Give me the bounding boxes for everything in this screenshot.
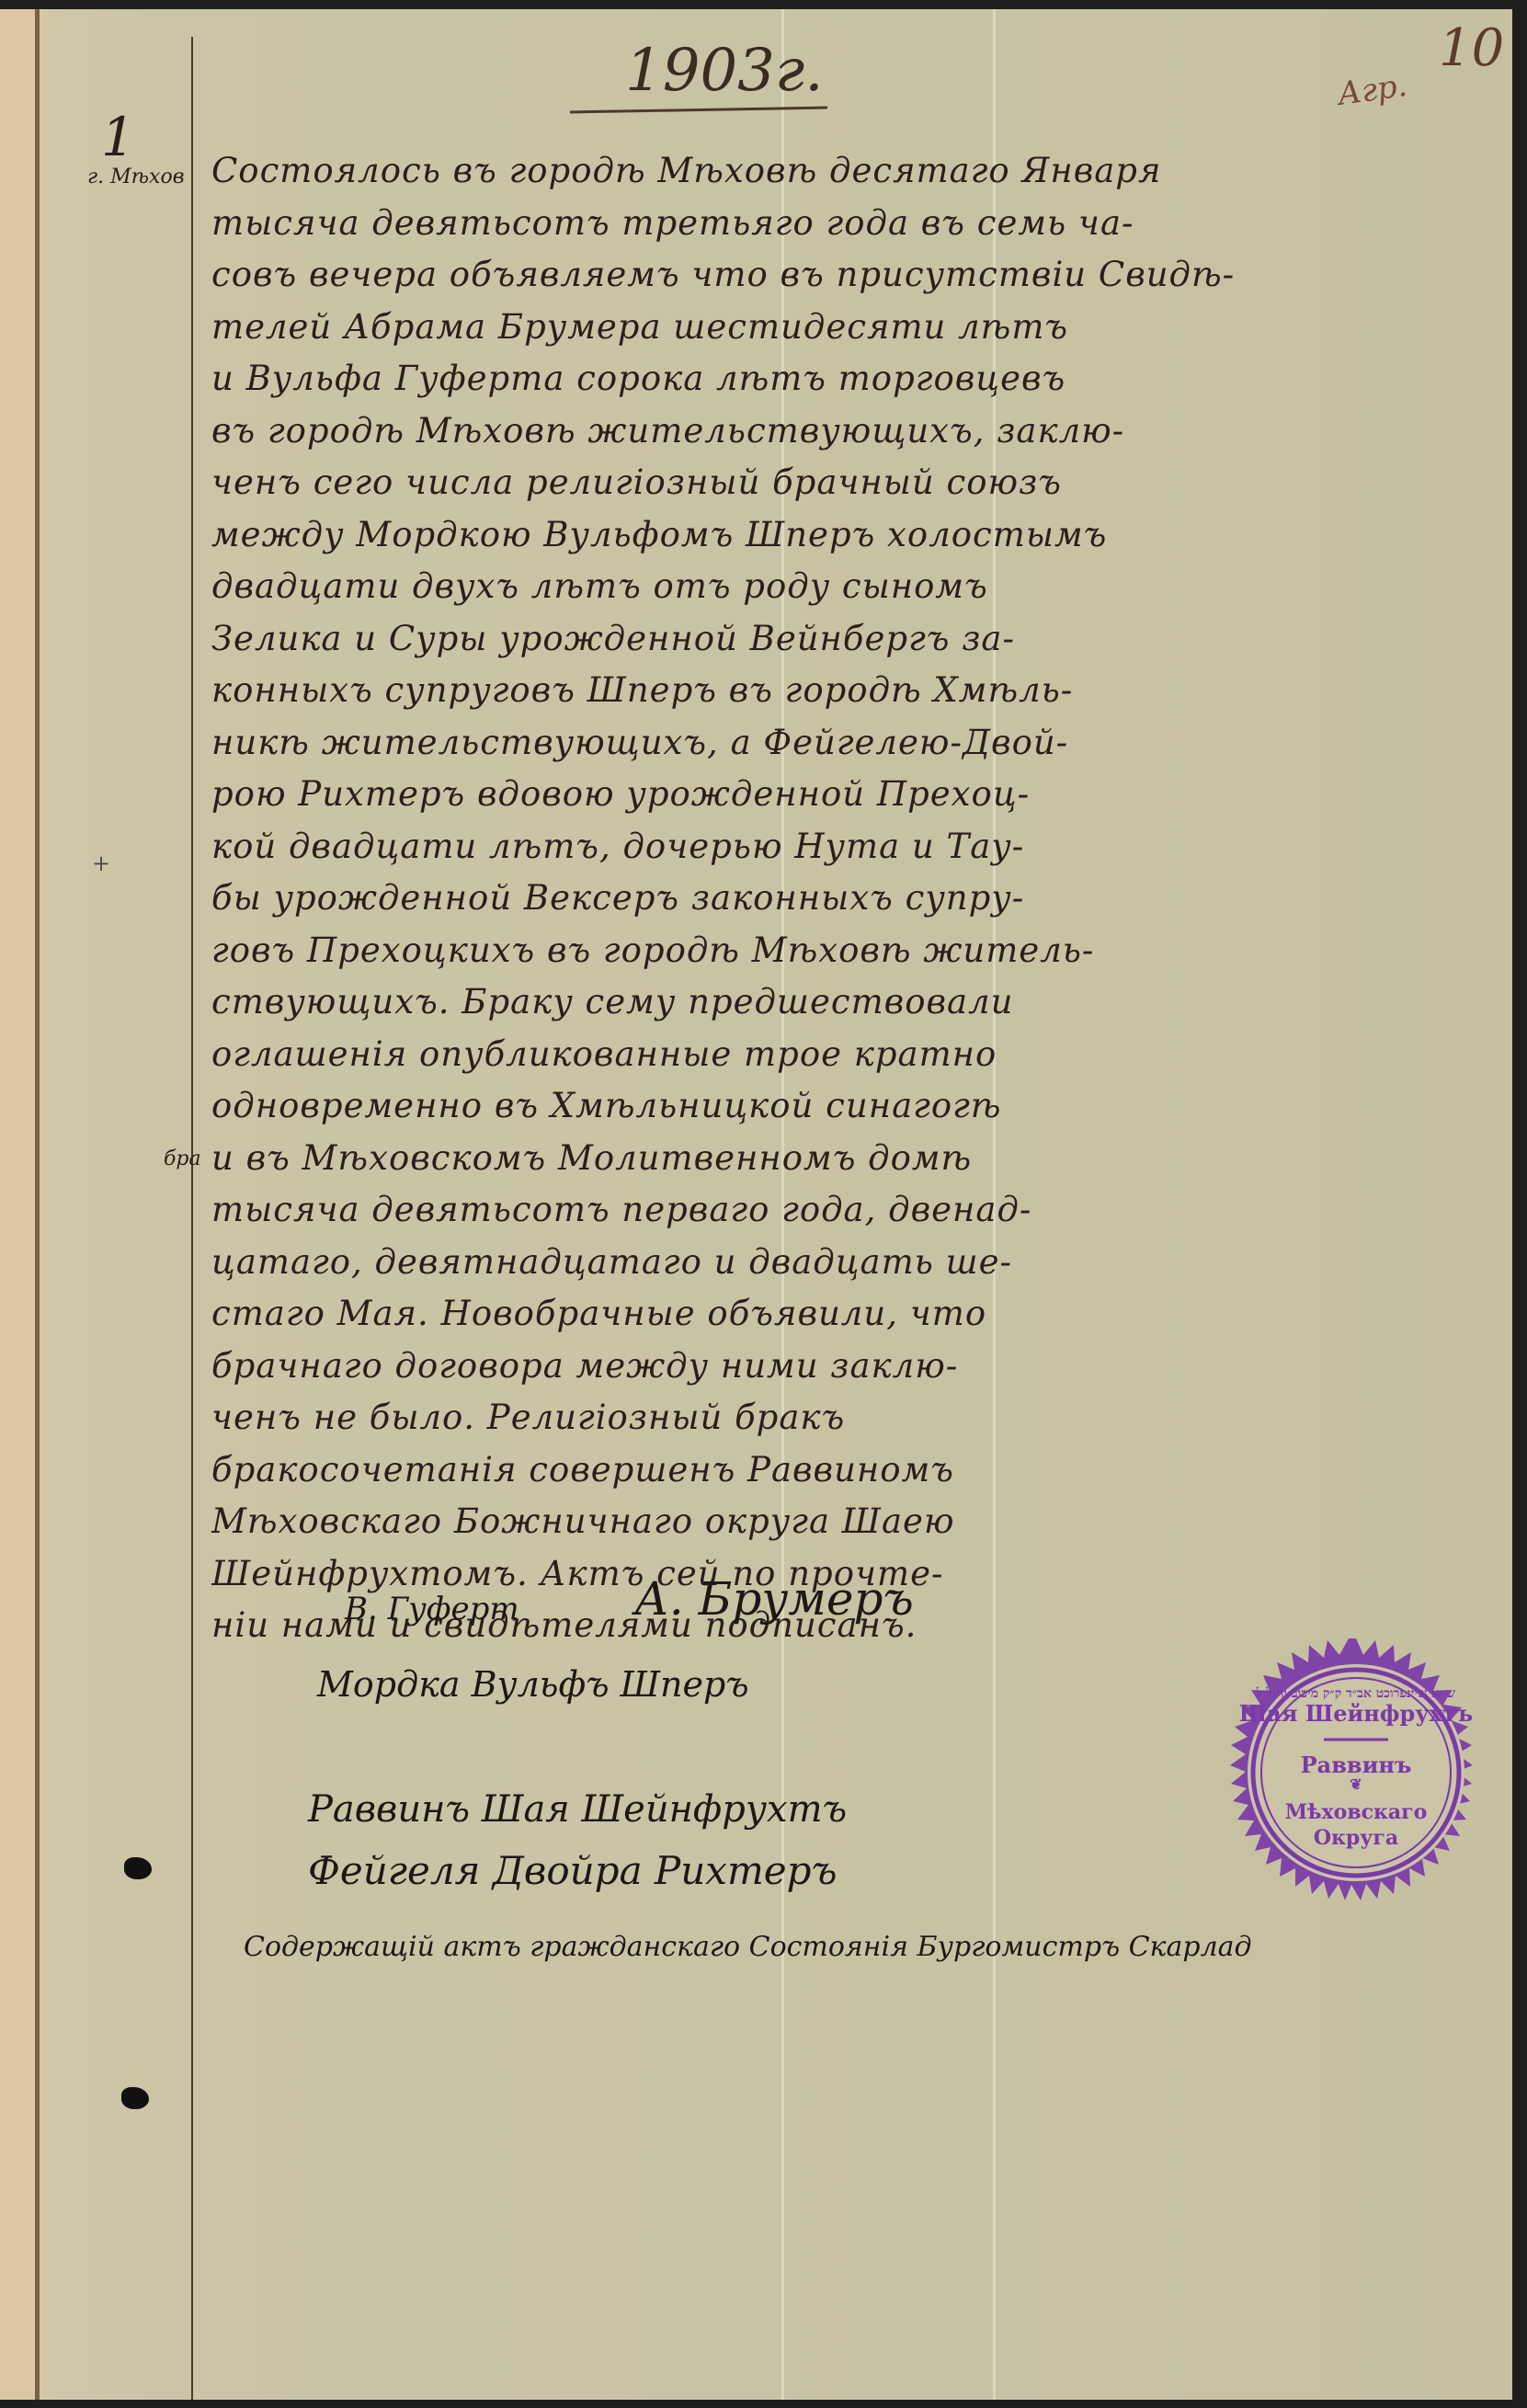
body-line: совъ вечера объявляемъ что въ присутстві… [211, 249, 1499, 302]
margin-rule [191, 37, 193, 2400]
stamp-title: Раввинъ [1301, 1752, 1412, 1778]
signature-rabbi: Раввинъ Шая Шейнфрухтъ [308, 1788, 847, 1831]
stamp-name: Шая Шейнфрухтъ [1239, 1700, 1474, 1727]
document-page: 1903г. 10 Агр. 1 г. Мѣхов + бра Состояло… [0, 9, 1512, 2400]
margin-mark: + [92, 850, 110, 876]
signature-registrar: Содержащій актъ гражданскаго Состоянія Б… [244, 1926, 1273, 1969]
signature-groom: Мордка Вульфъ Шперъ [317, 1664, 749, 1705]
body-line: кой двадцати лѣтъ, дочерью Нута и Тау- [211, 821, 1499, 873]
body-line: никѣ жительствующихъ, а Фейгелею-Двой- [211, 717, 1499, 770]
body-line: въ городѣ Мѣховѣ жительствующихъ, заклю- [211, 405, 1499, 458]
body-line: конныхъ супруговъ Шперъ въ городѣ Хмѣль- [211, 665, 1499, 717]
margin-correction: бра [164, 1147, 201, 1170]
body-line: двадцати двухъ лѣтъ отъ роду сыномъ [211, 561, 1499, 613]
body-line: ченъ не было. Религіозный бракъ [211, 1392, 1499, 1444]
stamp-seal-icon: Шая Шейнфрухтъ Раввинъ ❦ Мѣховскаго Окру… [1214, 1637, 1499, 1922]
binding-hole [124, 1857, 152, 1879]
signature-witness-2: А. Брумеръ [634, 1572, 914, 1626]
rabbi-stamp: Шая Шейнфрухтъ Раввинъ ❦ Мѣховскаго Окру… [1214, 1637, 1499, 1922]
body-line: Состоялось въ городѣ Мѣховѣ десятаго Янв… [211, 145, 1499, 198]
margin-place-note: г. Мѣхов [87, 165, 185, 188]
left-page-fold [0, 9, 37, 2400]
corner-note: Агр. [1336, 67, 1409, 113]
body-line: и Вульфа Гуферта сорока лѣтъ торговцевъ [211, 353, 1499, 405]
body-line: цатаго, девятнадцатаго и двадцать ше- [211, 1237, 1499, 1289]
signature-witness-1: В. Гуферт [345, 1591, 519, 1627]
signature-bride: Фейгеля Двойра Рихтеръ [308, 1848, 838, 1893]
heading-underline [570, 107, 827, 114]
year-heading: 1903г. [625, 37, 824, 105]
body-line: бракосочетанія совершенъ Раввиномъ [211, 1444, 1499, 1497]
binding-edge [35, 9, 40, 2400]
stamp-district-1: Мѣховскаго [1285, 1800, 1428, 1824]
entry-number: 1 [101, 106, 135, 168]
body-line: одновременно въ Хмѣльницкой синагогѣ [211, 1080, 1499, 1133]
body-line: Мѣховскаго Божничнаго округа Шаею [211, 1496, 1499, 1548]
body-line: говъ Прехоцкихъ въ городѣ Мѣховѣ житель- [211, 925, 1499, 977]
body-line: оглашенія опубликованные трое кратно [211, 1029, 1499, 1081]
body-line: Зелика и Суры урожденной Вейнбергъ за- [211, 613, 1499, 666]
record-body: Состоялось въ городѣ Мѣховѣ десятаго Янв… [211, 145, 1499, 1652]
body-line: тысяча девятьсотъ перваго года, двенад- [211, 1184, 1499, 1237]
stamp-ornament: ❦ [1350, 1775, 1362, 1793]
stamp-hebrew-ring: שייא שיינפרוכט אב״ד ק״ק מיכוב והגליל [1256, 1686, 1455, 1701]
body-line: стаго Мая. Новобрачные объявили, что [211, 1288, 1499, 1341]
body-line: брачнаго договора между ними заклю- [211, 1341, 1499, 1393]
body-line: тысяча девятьсотъ третьяго года въ семь … [211, 198, 1499, 250]
body-line: ствующихъ. Браку сему предшествовали [211, 976, 1499, 1029]
body-line: между Мордкою Вульфомъ Шперъ холостымъ [211, 509, 1499, 562]
stamp-district-2: Округа [1314, 1826, 1398, 1850]
body-line: бы урожденной Вексеръ законныхъ супру- [211, 873, 1499, 925]
body-line: ченъ сего числа религіозный брачный союз… [211, 457, 1499, 509]
body-line: телей Абрама Брумера шестидесяти лѣтъ [211, 302, 1499, 354]
page-number: 10 [1439, 18, 1504, 78]
binding-hole [121, 2087, 149, 2109]
body-line: и въ Мѣховскомъ Молитвенномъ домѣ [211, 1133, 1499, 1185]
body-line: рою Рихтеръ вдовою урожденной Прехоц- [211, 769, 1499, 821]
